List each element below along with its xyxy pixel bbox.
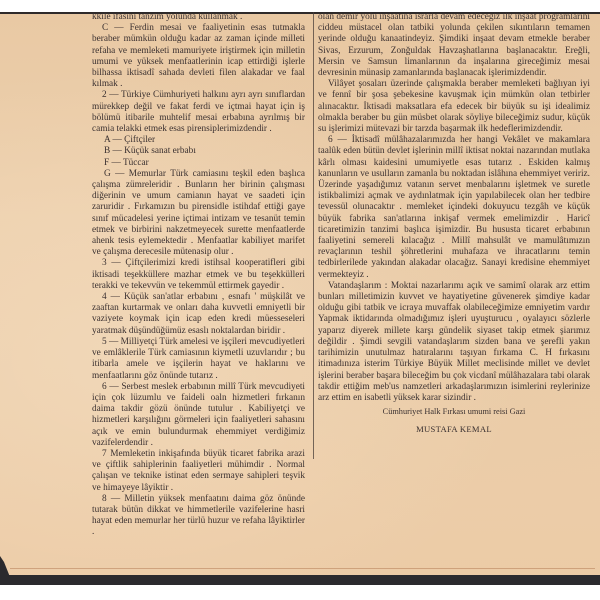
left-column: kkile ifasını tanzim yolunda kullanmak .… (92, 12, 305, 539)
list-item: A — Çiftçiler (92, 135, 305, 146)
scan-bottom-edge (0, 575, 600, 585)
paragraph: olan demir yolu inşaatına ısrarla devam … (318, 12, 590, 79)
right-column: olan demir yolu inşaatına ısrarla devam … (318, 12, 590, 435)
column-divider (313, 12, 314, 459)
scan-bottom-margin (0, 585, 600, 600)
paragraph: 4 — Küçük san'atlar erbabını , esnafı ' … (92, 292, 305, 337)
paragraph: C — Ferdin mesai ve faaliyetinin esas tu… (92, 23, 305, 90)
list-item: F — Tüccar (92, 158, 305, 169)
paragraph: Vatandaşlarım : Moktai nazarlarımı açık … (318, 281, 590, 404)
paragraph: kkile ifasını tanzim yolunda kullanmak . (92, 12, 305, 23)
paragraph: 8 — Milletin yüksek menfaatını daima göz… (92, 494, 305, 539)
signature-name: MUSTAFA KEMAL (318, 424, 590, 435)
scan-top-margin (0, 0, 600, 12)
paper-fold-line (10, 568, 595, 569)
paragraph: 7 Memleketin inkişafında büyük ticaret f… (92, 449, 305, 494)
paragraph: 2 — Türkiye Cümhuriyeti halkını ayrı ayr… (92, 90, 305, 135)
list-item: G — Memurlar Türk camiasını teşkil eden … (92, 169, 305, 259)
paragraph: 3 — Çiftçilerimizi kredi istihsal kooper… (92, 258, 305, 292)
paragraph: Vilâyet şosaları üzerinde çalışmakla ber… (318, 79, 590, 135)
paragraph: 5 — Milliyetçi Türk amelesi ve işçileri … (92, 337, 305, 382)
paragraph: 6 — İktisadî mülâhazalarımızda her hangi… (318, 135, 590, 281)
list-item: B — Küçük sanat erbabı (92, 146, 305, 157)
signature-title: Cümhuriyet Halk Fırkası umumi reisi Gazi (318, 407, 590, 417)
paragraph: 6 — Serbest meslek erbabının millî Türk … (92, 382, 305, 449)
